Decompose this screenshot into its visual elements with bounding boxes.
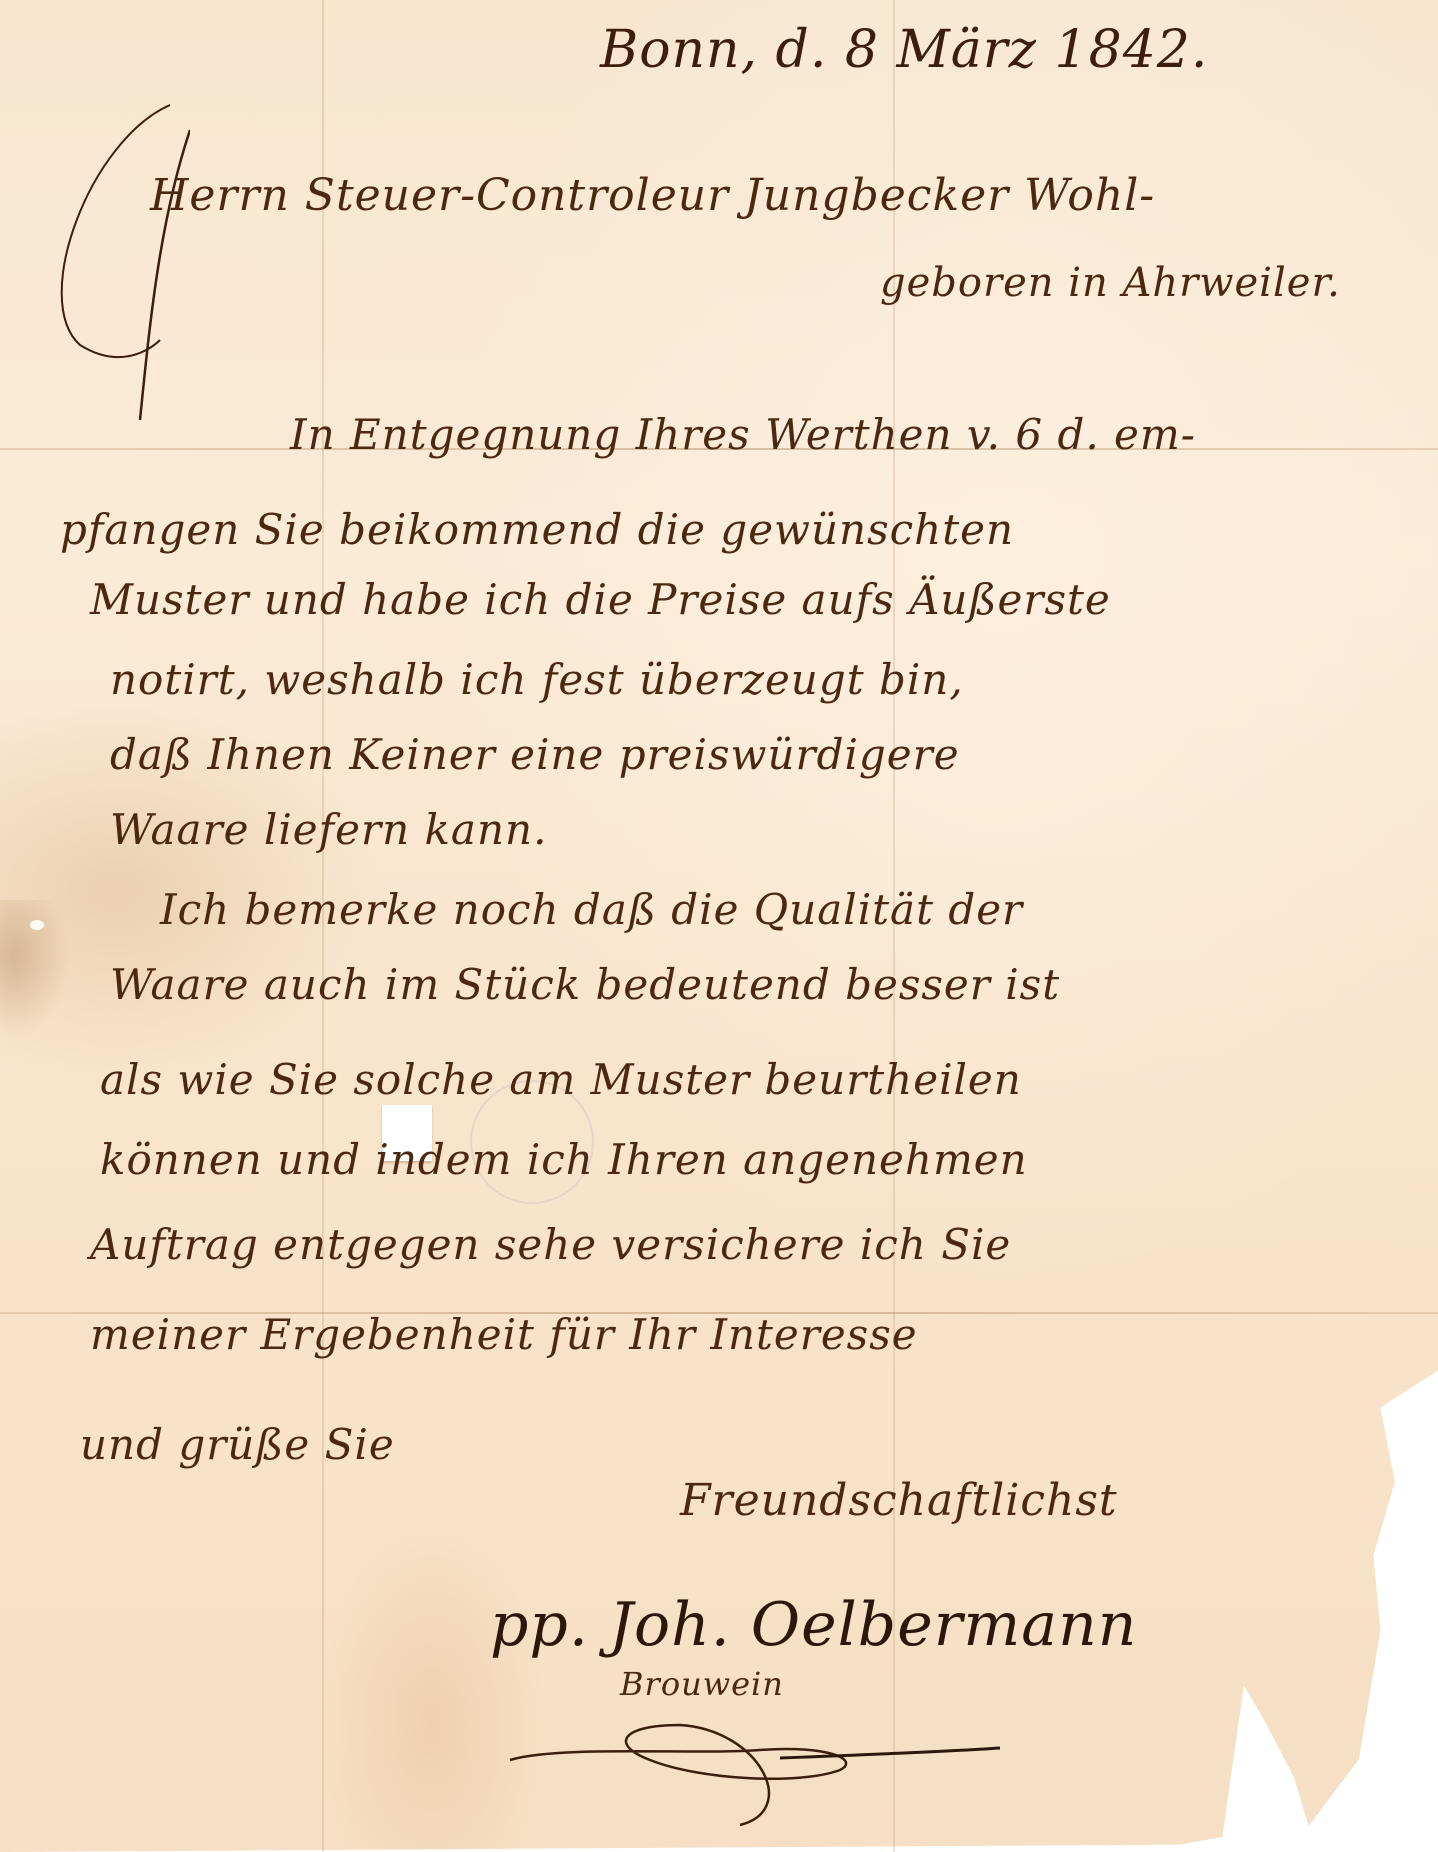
body-line: und grüße Sie	[80, 1420, 395, 1469]
signature: pp. Joh. Oelbermann	[490, 1590, 1137, 1660]
recipient-line-1: Herrn Steuer-Controleur Jungbecker Wohl-	[150, 170, 1155, 221]
body-line: Muster und habe ich die Preise aufs Äuße…	[90, 575, 1111, 624]
clerk-name: Brouwein	[620, 1665, 784, 1703]
body-line: In Entgegnung Ihres Werthen v. 6 d. em-	[290, 410, 1196, 459]
body-line: pfangen Sie beikommend die gewünschten	[60, 505, 1014, 554]
recipient-line-2: geboren in Ahrweiler.	[880, 260, 1341, 306]
paper-hole	[30, 920, 44, 930]
body-line: Waare liefern kann.	[110, 805, 547, 854]
body-line: Waare auch im Stück bedeutend besser ist	[110, 960, 1060, 1009]
body-line: notirt, weshalb ich fest überzeugt bin,	[110, 655, 964, 704]
place-and-date: Bonn, d. 8 März 1842.	[600, 20, 1208, 80]
body-line: Ich bemerke noch daß die Qualität der	[160, 885, 1023, 934]
body-line: Auftrag entgegen sehe versichere ich Sie	[90, 1220, 1011, 1269]
body-line: als wie Sie solche am Muster beurtheilen	[100, 1055, 1022, 1104]
body-line: meiner Ergebenheit für Ihr Interesse	[90, 1310, 918, 1359]
signature-flourish-icon	[500, 1700, 1060, 1840]
ornamental-capital-h-icon	[30, 100, 190, 430]
closing: Freundschaftlichst	[680, 1475, 1118, 1526]
body-line: daß Ihnen Keiner eine preiswürdigere	[110, 730, 960, 779]
body-line: können und indem ich Ihren angenehmen	[100, 1135, 1028, 1184]
